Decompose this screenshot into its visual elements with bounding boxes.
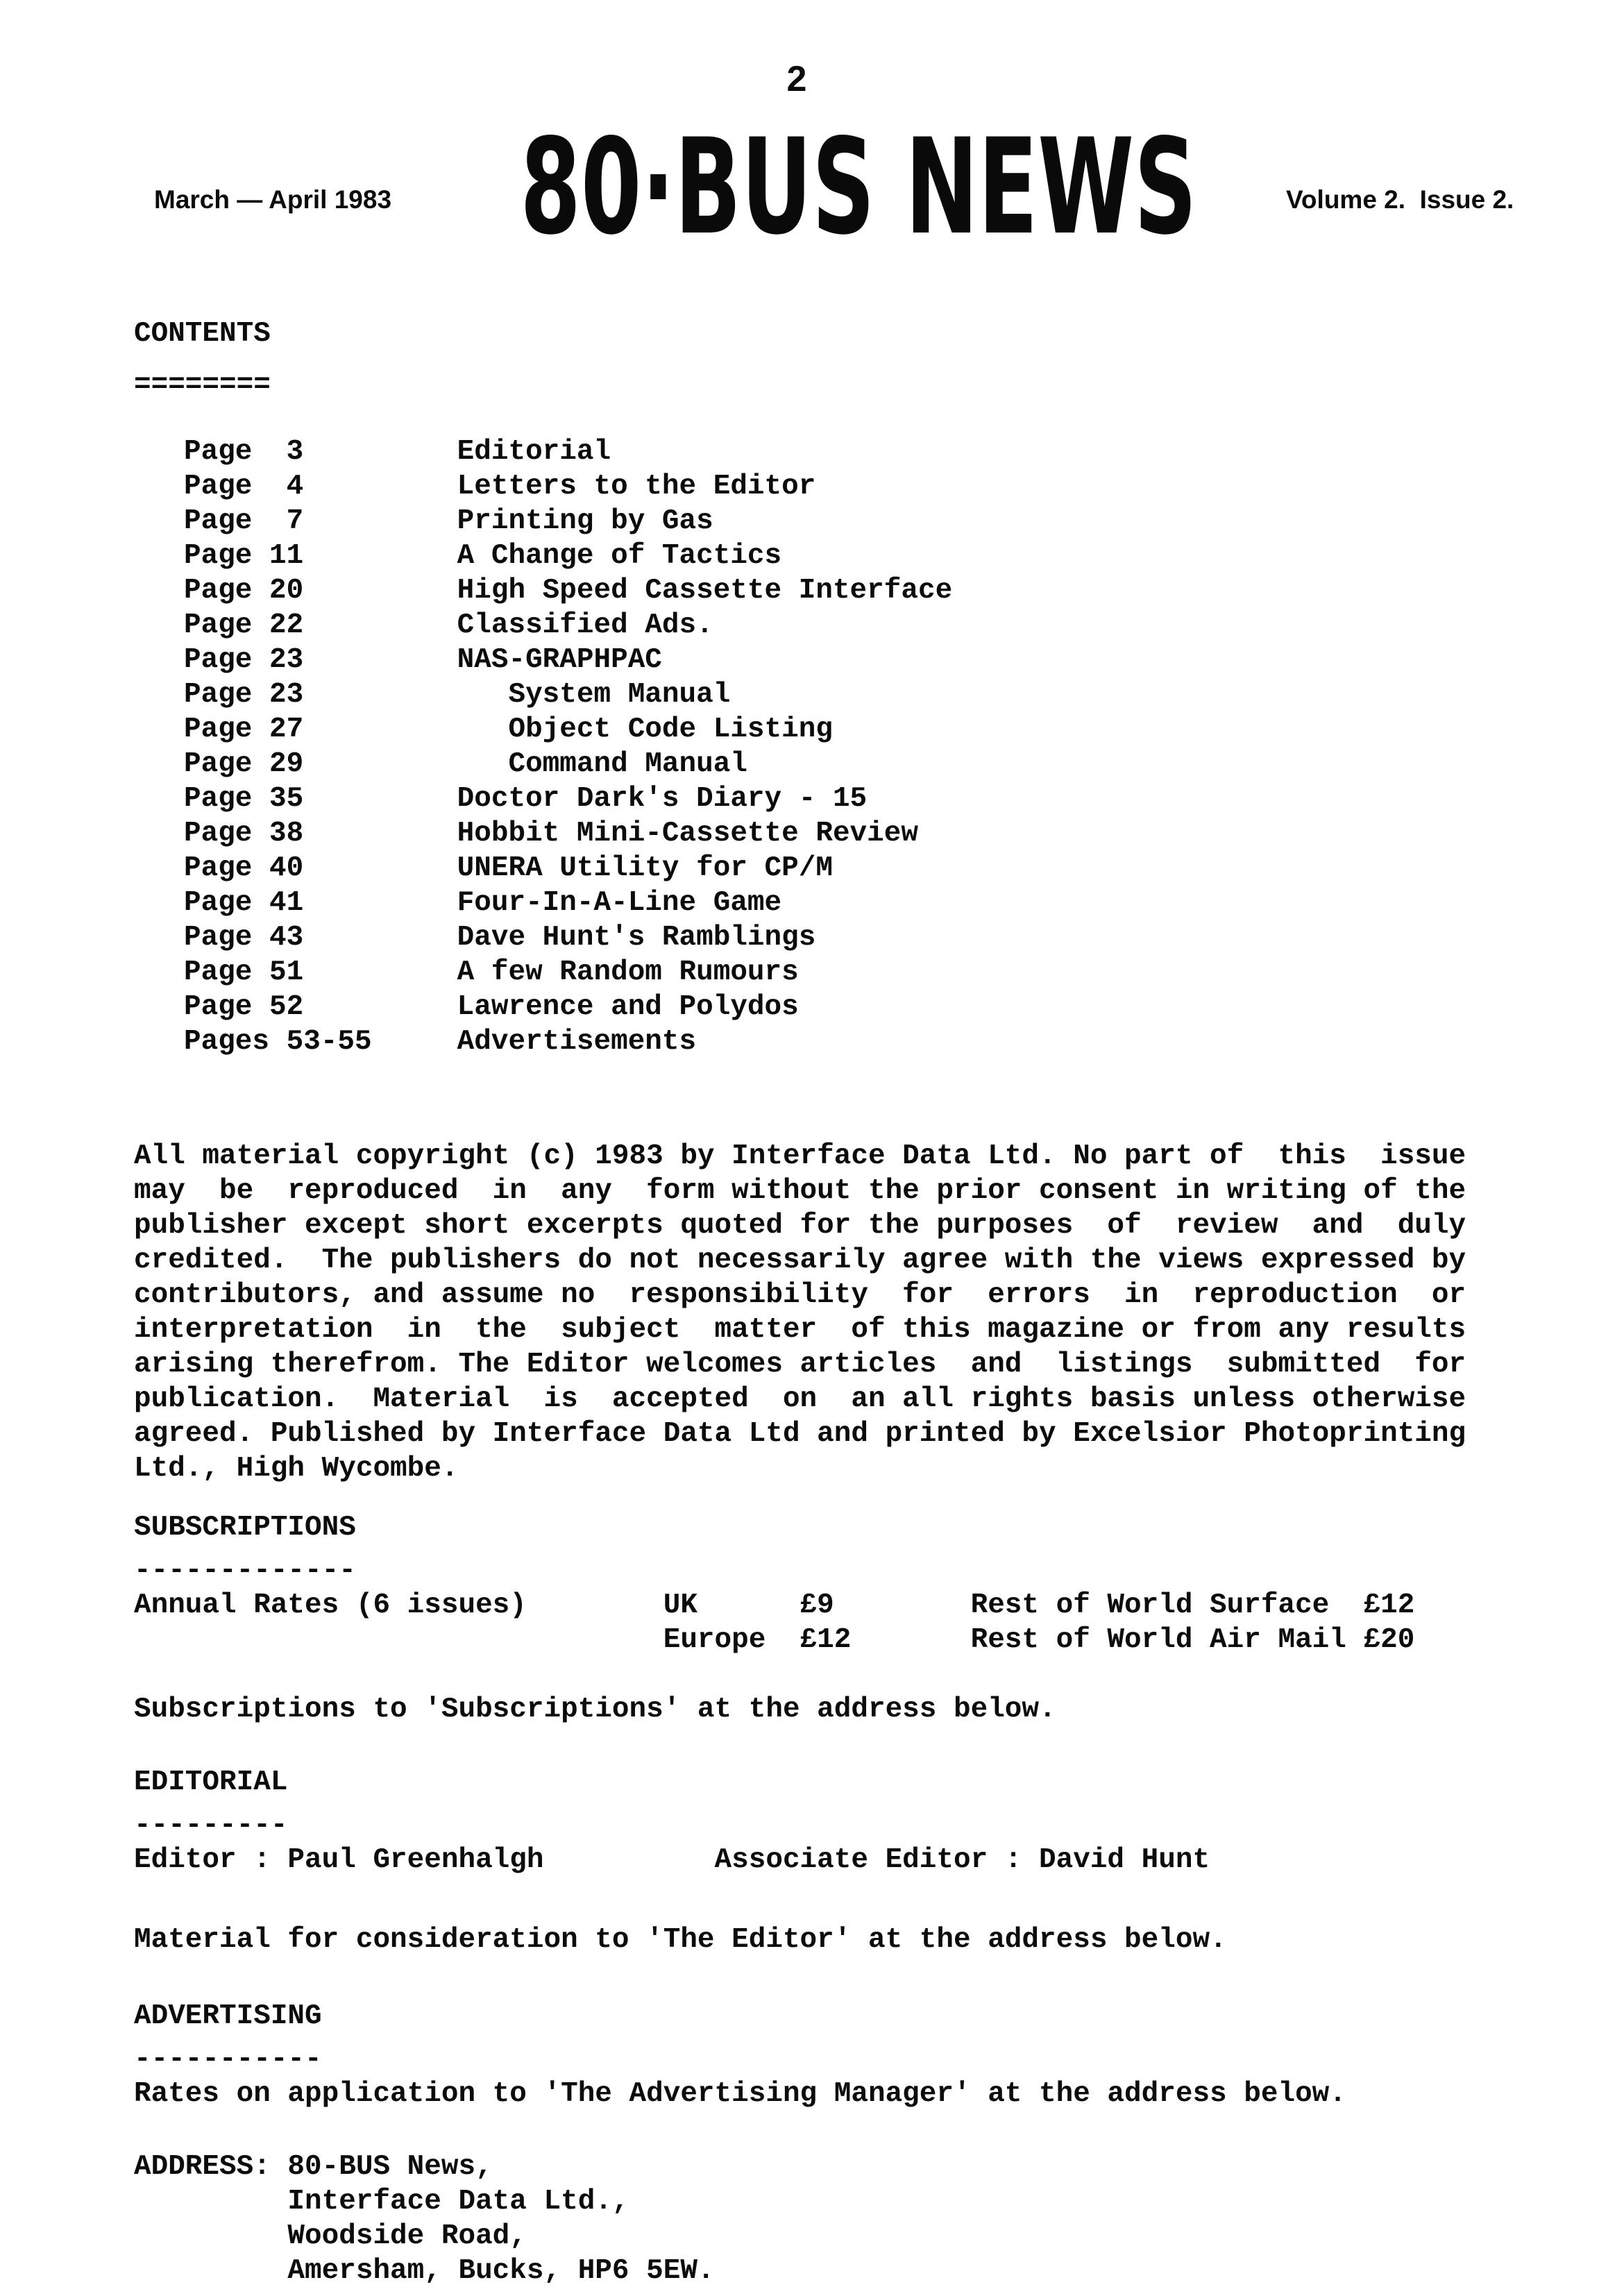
address-line: Woodside Road,	[134, 2219, 1494, 2254]
toc-row: Page 51A few Random Rumours	[184, 955, 1494, 990]
toc-page: Page 23	[184, 677, 457, 712]
toc-page: Page 38	[184, 816, 457, 851]
copyright-line: agreed. Published by Interface Data Ltd …	[134, 1417, 1494, 1451]
toc-title: High Speed Cassette Interface	[457, 575, 953, 607]
toc-row: Page 23NAS-GRAPHPAC	[184, 643, 1494, 677]
toc-title: Hobbit Mini-Cassette Review	[457, 818, 918, 850]
toc-title: Advertisements	[457, 1026, 696, 1058]
copyright-line: publication. Material is accepted on an …	[134, 1382, 1494, 1417]
toc-page: Page 20	[184, 573, 457, 608]
rates-line: Europe £12 Rest of World Air Mail £20	[134, 1623, 1494, 1657]
editorial-heading: EDITORIAL	[134, 1765, 1494, 1800]
toc-page: Page 27	[184, 712, 457, 747]
toc-title: Letters to the Editor	[457, 471, 816, 503]
editorial-note: Material for consideration to 'The Edito…	[134, 1923, 1494, 1957]
toc-title: Four-In-A-Line Game	[457, 887, 781, 919]
toc-page: Page 4	[184, 469, 457, 504]
toc-page: Page 41	[184, 886, 457, 920]
toc-row: Page 38Hobbit Mini-Cassette Review	[184, 816, 1494, 851]
toc-page: Page 11	[184, 539, 457, 573]
toc-title: Editorial	[457, 436, 611, 468]
magazine-page: 2 March — April 1983 80·BUS NEWS Volume …	[0, 0, 1624, 2296]
rates-line: Annual Rates (6 issues) UK £9 Rest of Wo…	[134, 1588, 1494, 1623]
copyright-line: contributors, and assume no responsibili…	[134, 1278, 1494, 1312]
page-number: 2	[0, 60, 1609, 99]
toc-page: Page 23	[184, 643, 457, 677]
toc-page: Page 22	[184, 608, 457, 643]
toc-row: Page 29 Command Manual	[184, 747, 1494, 782]
subscriptions-heading-underline: -------------	[134, 1553, 1494, 1588]
toc-page: Page 29	[184, 747, 457, 782]
toc-row: Page 22Classified Ads.	[184, 608, 1494, 643]
magazine-logo: 80·BUS NEWS	[517, 128, 1201, 239]
issue-date: March — April 1983	[154, 185, 391, 214]
toc-row: Page 23 System Manual	[184, 677, 1494, 712]
toc-row: Page 20High Speed Cassette Interface	[184, 573, 1494, 608]
advertising-note: Rates on application to 'The Advertising…	[134, 2077, 1494, 2111]
toc-title: NAS-GRAPHPAC	[457, 644, 662, 676]
toc-page: Page 40	[184, 851, 457, 886]
copyright-line: Ltd., High Wycombe.	[134, 1451, 1494, 1486]
address-line: Amersham, Bucks, HP6 5EW.	[134, 2254, 1494, 2288]
contents-heading-underline: ========	[134, 368, 1494, 403]
toc-row: Page 3Editorial	[184, 434, 1494, 469]
toc-row: Pages 53-55Advertisements	[184, 1024, 1494, 1059]
advertising-heading: ADVERTISING	[134, 1999, 1494, 2034]
toc-title: Object Code Listing	[457, 714, 833, 745]
toc-title: A few Random Rumours	[457, 956, 799, 988]
toc-page: Pages 53-55	[184, 1024, 457, 1059]
magazine-header: March — April 1983 80·BUS NEWS Volume 2.…	[0, 128, 1624, 241]
toc-row: Page 41Four-In-A-Line Game	[184, 886, 1494, 920]
toc-title: Lawrence and Polydos	[457, 991, 799, 1023]
toc-title: Command Manual	[457, 748, 747, 780]
copyright-line: All material copyright (c) 1983 by Inter…	[134, 1139, 1494, 1174]
copyright-notice: All material copyright (c) 1983 by Inter…	[134, 1139, 1494, 1486]
subscriptions-heading: SUBSCRIPTIONS	[134, 1510, 1494, 1545]
subscription-rates: Annual Rates (6 issues) UK £9 Rest of Wo…	[134, 1588, 1494, 1657]
address-line: ADDRESS: 80-BUS News,	[134, 2150, 1494, 2184]
toc-row: Page 4Letters to the Editor	[184, 469, 1494, 504]
copyright-line: arising therefrom. The Editor welcomes a…	[134, 1347, 1494, 1382]
toc-row: Page 40UNERA Utility for CP/M	[184, 851, 1494, 886]
toc-page: Page 35	[184, 782, 457, 816]
toc-page: Page 3	[184, 434, 457, 469]
copyright-line: publisher except short excerpts quoted f…	[134, 1208, 1494, 1243]
toc-row: Page 7Printing by Gas	[184, 504, 1494, 539]
toc-row: Page 27 Object Code Listing	[184, 712, 1494, 747]
copyright-line: may be reproduced in any form without th…	[134, 1174, 1494, 1208]
toc-title: Doctor Dark's Diary - 15	[457, 783, 868, 815]
toc-page: Page 51	[184, 955, 457, 990]
toc-list: Page 3Editorial Page 4Letters to the Edi…	[184, 434, 1494, 1059]
toc-row: Page 11A Change of Tactics	[184, 539, 1494, 573]
volume-issue: Volume 2. Issue 2.	[1286, 185, 1514, 214]
editorial-heading-underline: ---------	[134, 1808, 1494, 1843]
toc-row: Page 52Lawrence and Polydos	[184, 990, 1494, 1024]
toc-title: Dave Hunt's Ramblings	[457, 922, 816, 954]
address-block: ADDRESS: 80-BUS News, Interface Data Ltd…	[134, 2150, 1494, 2288]
toc-page: Page 52	[184, 990, 457, 1024]
contents-heading: CONTENTS	[134, 316, 1494, 351]
toc-row: Page 35Doctor Dark's Diary - 15	[184, 782, 1494, 816]
logo-text: 80·BUS NEWS	[521, 128, 1197, 239]
subscriptions-note: Subscriptions to 'Subscriptions' at the …	[134, 1692, 1494, 1727]
copyright-line: interpretation in the subject matter of …	[134, 1312, 1494, 1347]
page-body: CONTENTS ======== Page 3Editorial Page 4…	[134, 316, 1494, 2288]
editors-line: Editor : Paul Greenhalgh Associate Edito…	[134, 1843, 1494, 1877]
toc-title: A Change of Tactics	[457, 540, 781, 572]
toc-page: Page 43	[184, 920, 457, 955]
toc-title: Classified Ads.	[457, 609, 713, 641]
address-line: Interface Data Ltd.,	[134, 2184, 1494, 2219]
advertising-heading-underline: -----------	[134, 2042, 1494, 2077]
toc-title: UNERA Utility for CP/M	[457, 852, 833, 884]
toc-row: Page 43Dave Hunt's Ramblings	[184, 920, 1494, 955]
copyright-line: credited. The publishers do not necessar…	[134, 1243, 1494, 1278]
toc-page: Page 7	[184, 504, 457, 539]
toc-title: Printing by Gas	[457, 505, 713, 537]
logo-svg: 80·BUS NEWS	[517, 128, 1201, 239]
toc-title: System Manual	[457, 679, 731, 711]
